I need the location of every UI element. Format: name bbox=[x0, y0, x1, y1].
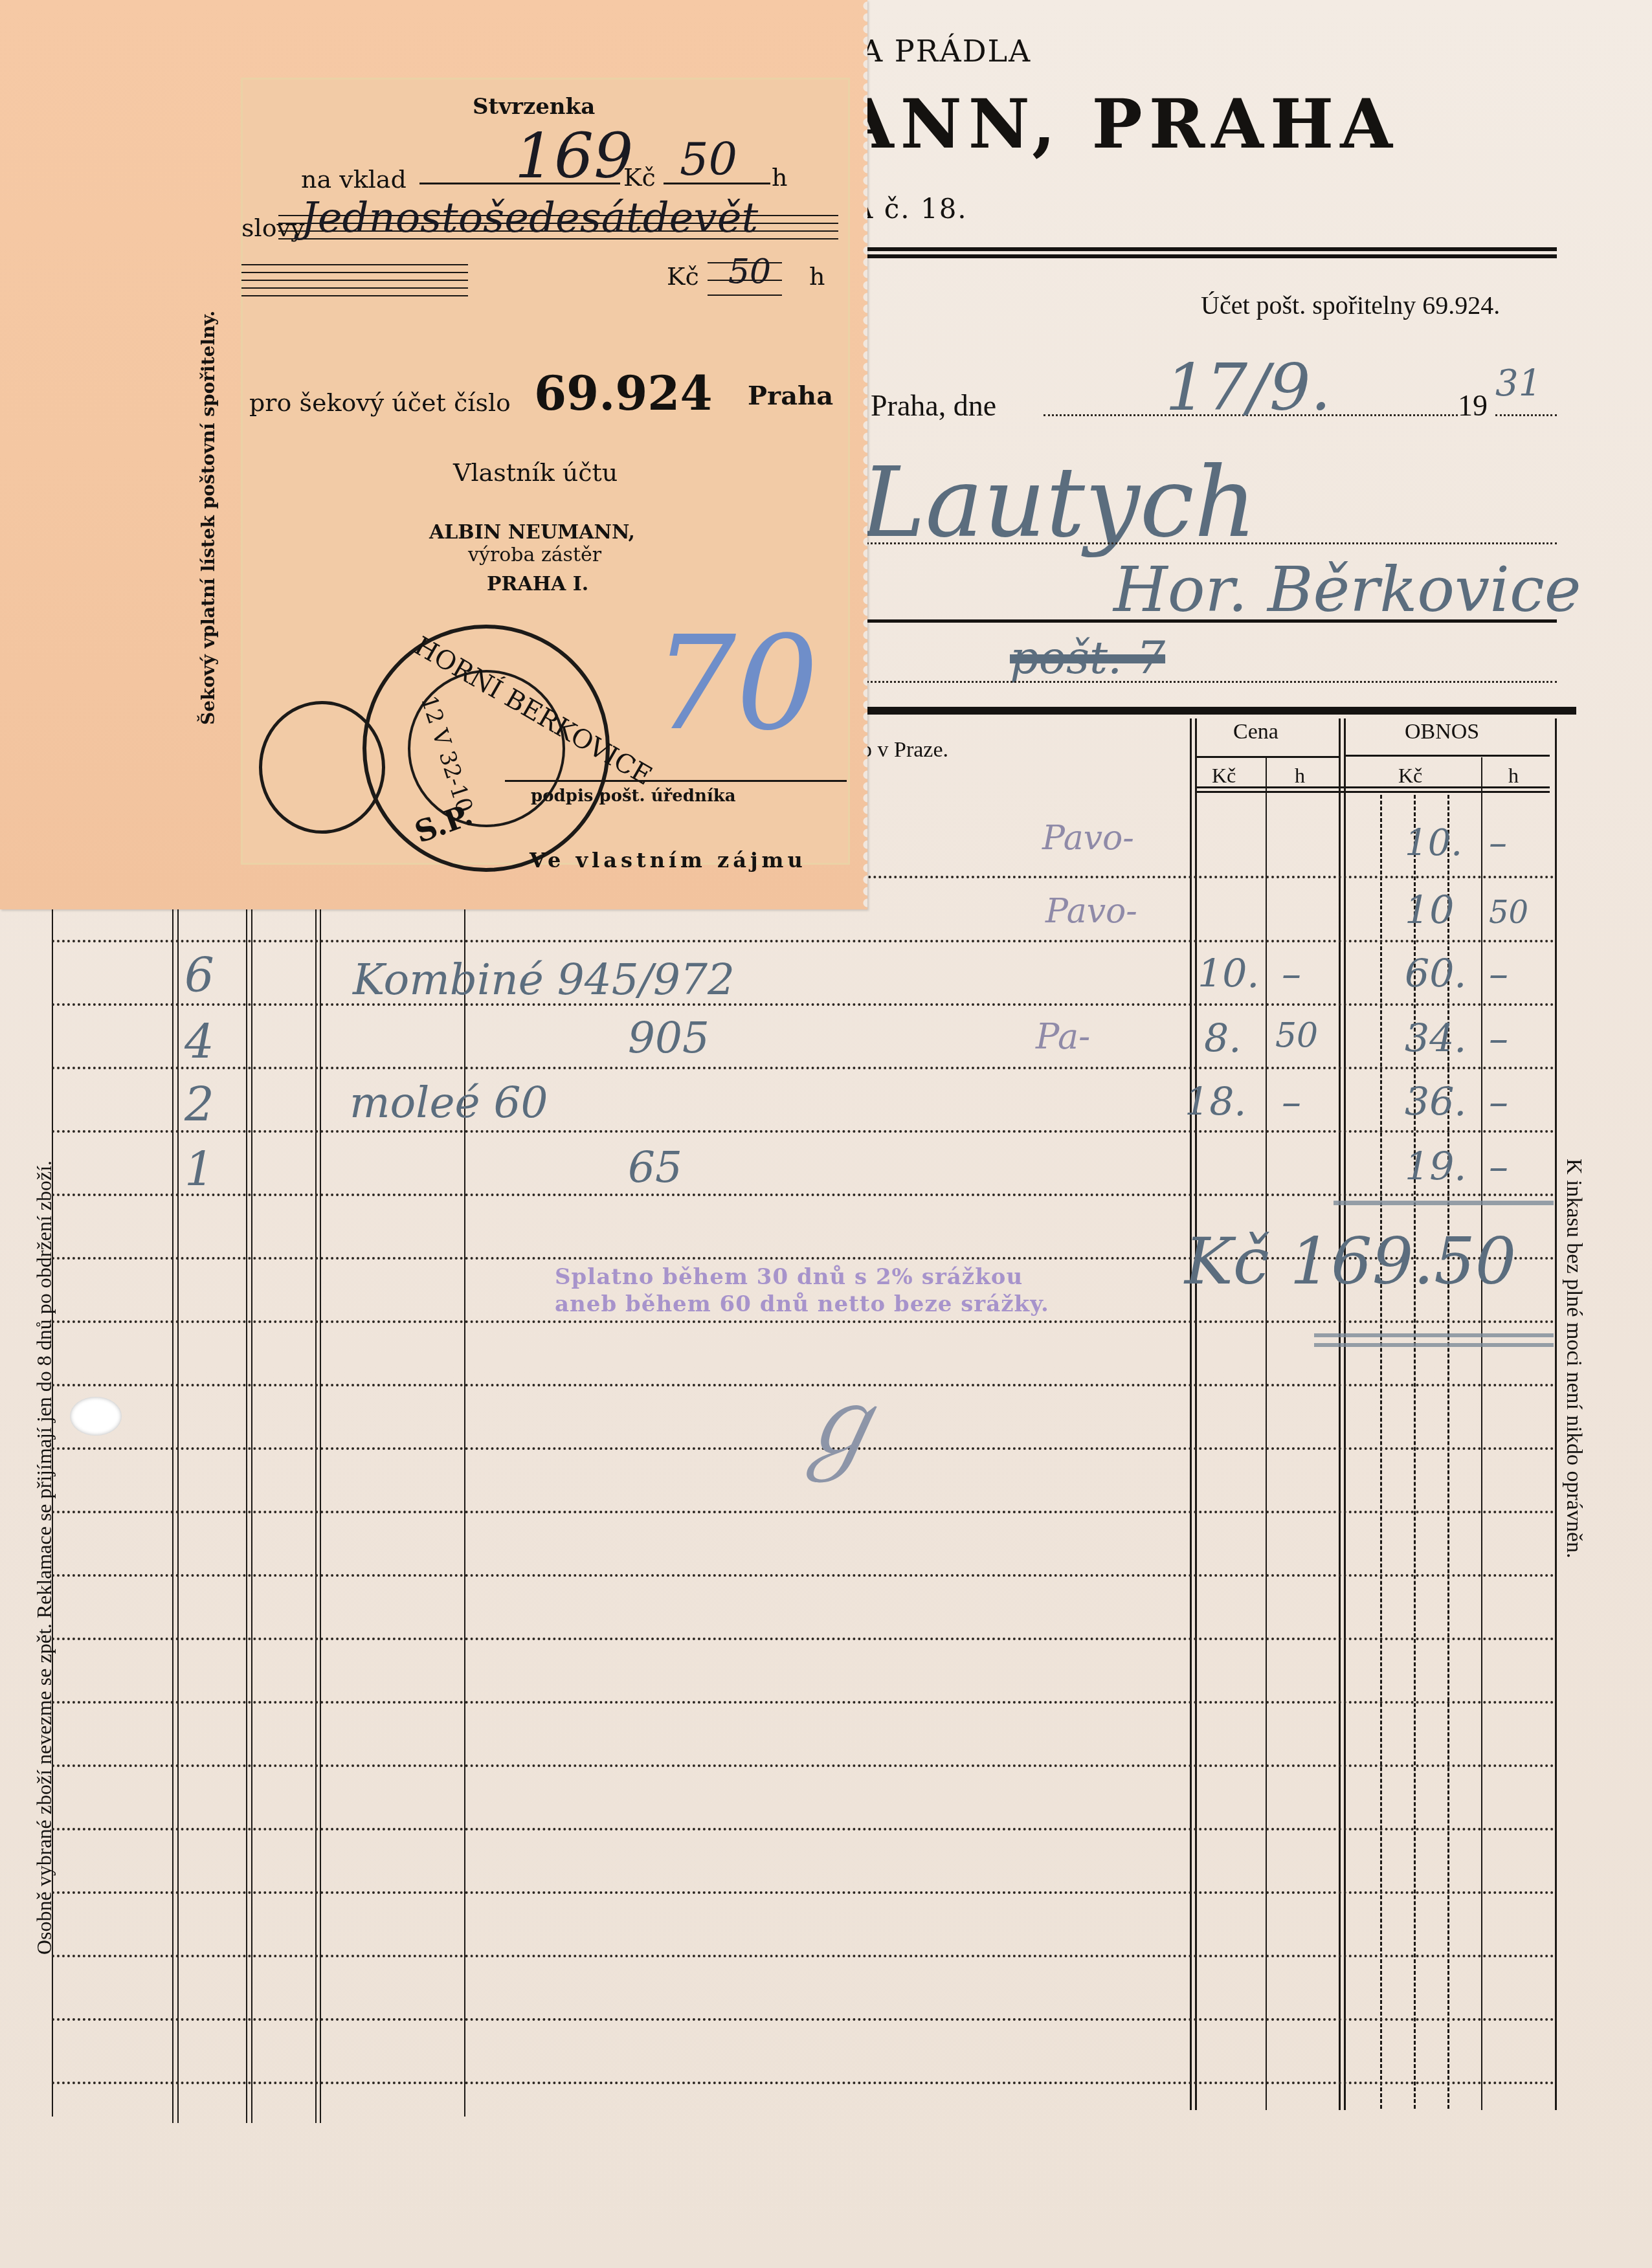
words-line-2 bbox=[241, 264, 468, 265]
words-line-2 bbox=[241, 295, 468, 296]
row-5-amount-h: – bbox=[1489, 1080, 1508, 1125]
row-4-qty: 4 bbox=[184, 1015, 214, 1069]
deposit-h-value: 50 bbox=[680, 133, 737, 186]
year-prefix: 19 bbox=[1458, 388, 1488, 423]
grid-vline bbox=[172, 906, 173, 2123]
header-rule-bottom bbox=[842, 254, 1557, 258]
words-value: Jednostošedesátdevět bbox=[301, 194, 758, 242]
row-2-amount-h: 50 bbox=[1489, 895, 1528, 931]
second-h-value: 50 bbox=[728, 252, 771, 291]
header-tagline: A PRÁDLA bbox=[861, 34, 1031, 69]
receipt-perforated-edge bbox=[853, 0, 867, 909]
account-label: pro šekový účet číslo bbox=[249, 388, 511, 417]
second-kc-label: Kč bbox=[667, 262, 699, 291]
total-underline-2 bbox=[1314, 1343, 1554, 1347]
column-header-cena-h: h bbox=[1295, 764, 1305, 788]
side-note-right: K inkasu bez plné moci není nikdo oprávn… bbox=[1561, 1159, 1586, 1559]
grid-vline-cena-mid bbox=[1266, 757, 1267, 2110]
deposit-h-label: h bbox=[772, 163, 787, 192]
owner-trade: výroba zástěr bbox=[468, 544, 601, 566]
row-4-note: Pa- bbox=[1036, 1016, 1090, 1057]
grid-row-line bbox=[52, 2018, 1555, 2021]
account-number: 69.924 bbox=[534, 366, 713, 421]
grid-row-line bbox=[52, 1828, 1555, 1830]
row-5-description: moleé 60 bbox=[350, 1078, 548, 1128]
date-label: Praha, dne bbox=[871, 388, 996, 423]
grid-vline bbox=[320, 906, 321, 2123]
row-6-qty: 1 bbox=[184, 1142, 214, 1197]
row-1-amount-kc: 10. bbox=[1405, 822, 1462, 864]
row-3-amount-h: – bbox=[1489, 951, 1508, 997]
payment-terms-line-1: Splatno během 30 dnů s 2% srážkou bbox=[555, 1264, 1023, 1290]
grid-dash-line bbox=[1380, 795, 1382, 2109]
row-4-price-kc: 8. bbox=[1204, 1016, 1241, 1062]
grid-vline-obnos-left bbox=[1339, 718, 1341, 2110]
recipient-rule bbox=[854, 619, 1557, 623]
grid-vline-cena-left-2 bbox=[1195, 718, 1197, 2110]
grid-vline-cena-left bbox=[1190, 718, 1192, 2110]
row-3-amount-kc: 60. bbox=[1405, 951, 1466, 997]
row-5-amount-kc: 36. bbox=[1405, 1080, 1466, 1125]
column-header-cena-kc: Kč bbox=[1212, 764, 1236, 788]
grid-row-line bbox=[52, 1701, 1555, 1704]
obnos-underline bbox=[1344, 755, 1550, 757]
handwritten-date: 17/9. bbox=[1165, 350, 1331, 425]
grid-row-line bbox=[52, 1891, 1555, 1894]
account-city: Praha bbox=[748, 381, 833, 411]
table-header-partial: o v Praze. bbox=[861, 738, 948, 762]
grid-row-line bbox=[52, 1320, 1555, 1323]
deposit-kc-value: 169 bbox=[515, 120, 633, 192]
postal-account-note: Účet pošt. spořitelny 69.924. bbox=[1201, 290, 1500, 320]
header-sub-rule-1 bbox=[1196, 786, 1550, 788]
subtotal-pencil-line bbox=[1334, 1201, 1554, 1205]
grid-row-line bbox=[52, 1574, 1555, 1577]
column-header-obnos: OBNOS bbox=[1405, 720, 1479, 744]
second-h-label: h bbox=[809, 262, 825, 291]
signature-line bbox=[505, 780, 847, 782]
struck-out-note: pošt. 7 bbox=[1010, 631, 1165, 684]
row-6-amount-h: – bbox=[1489, 1144, 1508, 1190]
words-line-2 bbox=[241, 280, 468, 281]
grid-row-line bbox=[52, 2082, 1555, 2084]
recipient-line-1 bbox=[854, 542, 1557, 544]
row-1-note: Pavo- bbox=[1042, 819, 1134, 858]
grid-vline bbox=[246, 906, 247, 2123]
grid-row-line bbox=[52, 1067, 1555, 1069]
punch-hole-bottom bbox=[70, 1397, 122, 1436]
row-3-price-kc: 10. bbox=[1198, 951, 1259, 997]
grid-row-line bbox=[52, 1764, 1555, 1767]
header-sub-rule-2 bbox=[1196, 791, 1550, 793]
row-4-description: 905 bbox=[628, 1013, 709, 1063]
row-2-note: Pavo- bbox=[1045, 892, 1137, 931]
payment-terms-line-2: aneb během 60 dnů netto beze srážky. bbox=[555, 1291, 1049, 1317]
owner-label: Vlastník účtu bbox=[453, 458, 618, 487]
row-1-amount-h: – bbox=[1489, 822, 1507, 864]
row-3-price-h: – bbox=[1282, 951, 1301, 997]
owner-city: PRAHA I. bbox=[487, 573, 588, 595]
row-4-price-h: 50 bbox=[1275, 1016, 1318, 1055]
side-note-left: Osobně vybrané zboží nevezme se zpět. Re… bbox=[32, 880, 56, 1955]
row-5-qty: 2 bbox=[184, 1078, 214, 1132]
row-6-amount-kc: 19. bbox=[1405, 1144, 1466, 1190]
header-address: A č. 18. bbox=[853, 193, 968, 225]
table-top-rule bbox=[854, 707, 1576, 715]
column-header-cena: Cena bbox=[1233, 720, 1278, 744]
grid-row-line bbox=[52, 1955, 1555, 1957]
row-3-description: Kombiné 945/972 bbox=[353, 955, 735, 1005]
row-6-description: 65 bbox=[628, 1142, 682, 1192]
postal-receipt: Šekový vplatní lístek poštovní spořiteln… bbox=[0, 0, 867, 909]
invoice-total: Kč 169.50 bbox=[1185, 1223, 1516, 1299]
grid-row-line bbox=[52, 1194, 1555, 1196]
words-line-2 bbox=[241, 287, 468, 289]
recipient-line-2 bbox=[854, 681, 1557, 683]
grid-vline-right bbox=[1555, 718, 1557, 2110]
grid-row-line bbox=[52, 1638, 1555, 1640]
row-5-price-h: – bbox=[1282, 1080, 1301, 1125]
handwritten-blue-mark: 70 bbox=[654, 608, 819, 759]
header-rule-top bbox=[842, 247, 1557, 251]
grid-vline-obnos-left-2 bbox=[1344, 718, 1346, 2110]
second-h-line bbox=[708, 295, 782, 296]
handwritten-year: 31 bbox=[1495, 362, 1541, 405]
grid-vline bbox=[177, 906, 179, 2123]
grid-row-line bbox=[52, 1130, 1555, 1133]
grid-row-line bbox=[52, 1511, 1555, 1513]
receipt-vertical-title: Šekový vplatní lístek poštovní spořiteln… bbox=[197, 259, 219, 725]
grid-vline bbox=[251, 906, 252, 2123]
column-header-obnos-h: h bbox=[1508, 764, 1519, 788]
pencil-initials: ℊ bbox=[790, 1346, 887, 1486]
column-header-obnos-kc: Kč bbox=[1398, 764, 1422, 788]
row-3-qty: 6 bbox=[184, 948, 214, 1003]
total-underline-1 bbox=[1314, 1333, 1554, 1337]
grid-vline-obnos-mid bbox=[1481, 757, 1482, 2110]
grid-row-line bbox=[52, 940, 1555, 942]
owner-name: ALBIN NEUMANN, bbox=[429, 521, 635, 544]
year-dotted-line bbox=[1495, 414, 1557, 416]
grid-row-line bbox=[52, 1003, 1555, 1006]
grid-vline bbox=[315, 906, 317, 2123]
receipt-footer: Ve vlastním zájmu bbox=[530, 848, 807, 873]
row-4-amount-kc: 34. bbox=[1405, 1016, 1466, 1062]
receipt-title: Stvrzenka bbox=[473, 94, 595, 120]
deposit-kc-label: Kč bbox=[623, 163, 656, 192]
row-2-amount-kc: 10 bbox=[1405, 888, 1454, 933]
header-company-name: ANN, PRAHA bbox=[842, 84, 1399, 164]
words-line-2 bbox=[241, 272, 468, 273]
deposit-label: na vklad bbox=[301, 165, 407, 194]
row-5-price-kc: 18. bbox=[1185, 1080, 1246, 1125]
cena-underline bbox=[1196, 756, 1340, 758]
row-4-amount-h: – bbox=[1489, 1016, 1508, 1062]
recipient-place: Hor. Běrkovice bbox=[1113, 553, 1581, 626]
signature-label: podpis pošt. úředníka bbox=[531, 786, 736, 806]
